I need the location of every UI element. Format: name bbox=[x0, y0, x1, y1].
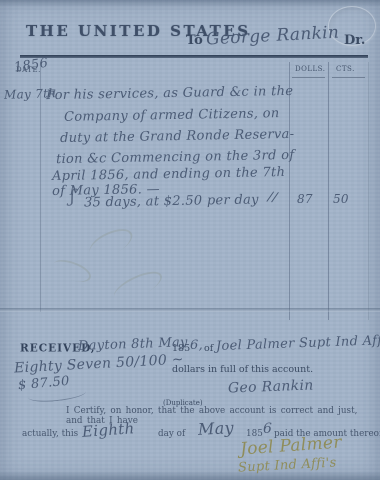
cts-column-header: CTS. bbox=[336, 65, 355, 73]
day-of-label: day of bbox=[158, 429, 185, 439]
day-handwritten: Eighth bbox=[81, 419, 135, 441]
entry-line: 35 days, at $2.50 per day bbox=[84, 192, 259, 210]
dolls-column-header: DOLLS. bbox=[295, 65, 325, 73]
entry-line: tion &c Commencing on the 3rd of bbox=[56, 148, 295, 167]
dollars-in-full-label: dollars in full of this account. bbox=[172, 364, 313, 375]
pen-brace-flourish: ʃ bbox=[70, 186, 75, 207]
amount-dollars: 87 bbox=[297, 192, 313, 206]
amount-in-words: Eighty Seven 50/100 ~ bbox=[14, 352, 185, 377]
pen-tally-mark: ∕∕ bbox=[267, 189, 278, 205]
scan-edge-bottom bbox=[0, 471, 380, 480]
voucher-document: THE UNITED STATES To George Rankin Dr. D… bbox=[0, 0, 380, 480]
entry-line: Company of armed Citizens, on bbox=[64, 106, 280, 125]
year-handwritten: 1856 bbox=[13, 56, 49, 76]
dolls-column-line bbox=[289, 62, 290, 320]
receipt-of-label: of bbox=[204, 343, 213, 354]
payee-signature: Geo Rankin bbox=[228, 378, 314, 397]
entry-line: April 1856, and ending on the 7th bbox=[52, 165, 285, 184]
month-handwritten: May bbox=[198, 418, 235, 439]
to-label: To bbox=[186, 33, 203, 48]
cts-underline bbox=[332, 77, 365, 78]
header-rule bbox=[20, 55, 368, 58]
bleed-through-mark bbox=[110, 266, 166, 306]
amount-cents: 50 bbox=[333, 192, 349, 206]
fold-crease bbox=[0, 308, 380, 312]
entry-line: duty at the Grand Ronde Reserva- bbox=[60, 127, 295, 146]
bleed-through-mark bbox=[86, 223, 137, 262]
cert-year-digit: 6 bbox=[263, 421, 272, 437]
dolls-underline bbox=[292, 77, 325, 78]
scan-edge-top bbox=[0, 0, 380, 7]
receipt-year-digit: 6, bbox=[190, 338, 203, 353]
receipt-payer: Joel Palmer Supt Ind Affr. bbox=[216, 333, 380, 354]
bleed-through-mark bbox=[50, 256, 94, 287]
right-column-line bbox=[368, 62, 369, 320]
certification-line2-prefix: actually, this bbox=[22, 429, 78, 439]
dr-label: Dr. bbox=[344, 33, 365, 48]
entry-line: For his services, as Guard &c in the bbox=[46, 84, 294, 103]
cents-column-line bbox=[328, 62, 329, 320]
